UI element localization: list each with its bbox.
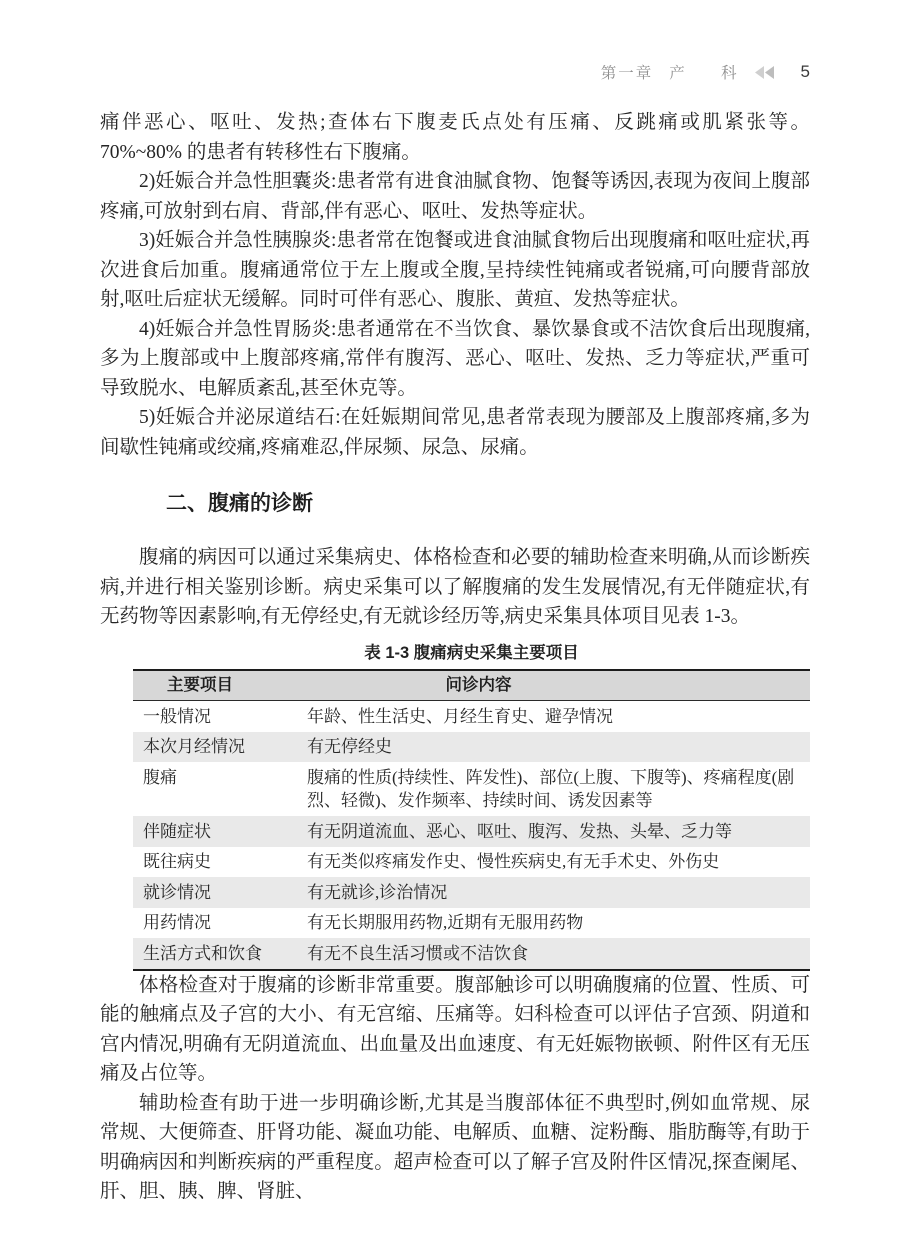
row-label: 生活方式和饮食 <box>133 938 307 970</box>
row-content: 腹痛的性质(持续性、阵发性)、部位(上腹、下腹等)、疼痛程度(剧烈、轻微)、发作… <box>307 762 810 816</box>
table-header-row: 主要项目 问诊内容 <box>133 670 810 701</box>
section-heading: 二、腹痛的诊断 <box>166 489 810 519</box>
column-header-content: 问诊内容 <box>307 670 810 701</box>
chapter-label: 第一章 <box>601 61 654 83</box>
page-number: 5 <box>801 62 810 82</box>
row-label: 用药情况 <box>133 908 307 939</box>
table-row: 既往病史 有无类似疼痛发作史、慢性疾病史,有无手术史、外伤史 <box>133 847 810 878</box>
paragraph: 3)妊娠合并急性胰腺炎:患者常在饱餐或进食油腻食物后出现腹痛和呕吐症状,再次进食… <box>100 226 810 315</box>
row-label: 伴随症状 <box>133 816 307 847</box>
table-block: 表 1-3 腹痛病史采集主要项目 主要项目 问诊内容 一般情况 年龄、性生活史、… <box>133 642 810 971</box>
table-row: 生活方式和饮食 有无不良生活习惯或不洁饮食 <box>133 938 810 970</box>
row-content: 有无不良生活习惯或不洁饮食 <box>307 938 810 970</box>
row-label: 一般情况 <box>133 701 307 732</box>
paragraph: 辅助检查有助于进一步明确诊断,尤其是当腹部体征不典型时,例如血常规、尿常规、大便… <box>100 1089 810 1207</box>
table-row: 一般情况 年龄、性生活史、月经生育史、避孕情况 <box>133 701 810 732</box>
table-caption: 表 1-3 腹痛病史采集主要项目 <box>133 642 810 664</box>
row-label: 本次月经情况 <box>133 732 307 763</box>
row-content: 年龄、性生活史、月经生育史、避孕情况 <box>307 701 810 732</box>
paragraph: 5)妊娠合并泌尿道结石:在妊娠期间常见,患者常表现为腰部及上腹部疼痛,多为间歇性… <box>100 403 810 462</box>
paragraph: 腹痛的病因可以通过采集病史、体格检查和必要的辅助检查来明确,从而诊断疾病,并进行… <box>100 543 810 632</box>
row-content: 有无就诊,诊治情况 <box>307 877 810 908</box>
row-content: 有无长期服用药物,近期有无服用药物 <box>307 908 810 939</box>
running-head: 第一章 产 科 5 <box>0 60 810 84</box>
book-page: 第一章 产 科 5 痛伴恶心、呕吐、发热;查体右下腹麦氏点处有压痛、反跳痛或肌紧… <box>0 0 900 1234</box>
paragraph: 体格检查对于腹痛的诊断非常重要。腹部触诊可以明确腹痛的位置、性质、可能的触痛点及… <box>100 971 810 1089</box>
row-label: 就诊情况 <box>133 877 307 908</box>
text-column: 痛伴恶心、呕吐、发热;查体右下腹麦氏点处有压痛、反跳痛或肌紧张等。70%~80%… <box>100 108 810 1207</box>
paragraph: 4)妊娠合并急性胃肠炎:患者通常在不当饮食、暴饮暴食或不洁饮食后出现腹痛,多为上… <box>100 315 810 404</box>
section-label: 产 科 <box>669 61 752 83</box>
table-row: 就诊情况 有无就诊,诊治情况 <box>133 877 810 908</box>
row-label: 腹痛 <box>133 762 307 816</box>
table-row: 腹痛 腹痛的性质(持续性、阵发性)、部位(上腹、下腹等)、疼痛程度(剧烈、轻微)… <box>133 762 810 816</box>
chapter-marker-icon <box>755 66 775 79</box>
paragraph: 2)妊娠合并急性胆囊炎:患者常有进食油腻食物、饱餐等诱因,表现为夜间上腹部疼痛,… <box>100 167 810 226</box>
paragraph: 痛伴恶心、呕吐、发热;查体右下腹麦氏点处有压痛、反跳痛或肌紧张等。70%~80%… <box>100 108 810 167</box>
row-content: 有无类似疼痛发作史、慢性疾病史,有无手术史、外伤史 <box>307 847 810 878</box>
table-row: 伴随症状 有无阴道流血、恶心、呕吐、腹泻、发热、头晕、乏力等 <box>133 816 810 847</box>
history-table: 主要项目 问诊内容 一般情况 年龄、性生活史、月经生育史、避孕情况 本次月经情况… <box>133 669 810 971</box>
table-row: 本次月经情况 有无停经史 <box>133 732 810 763</box>
row-content: 有无阴道流血、恶心、呕吐、腹泻、发热、头晕、乏力等 <box>307 816 810 847</box>
table-row: 用药情况 有无长期服用药物,近期有无服用药物 <box>133 908 810 939</box>
column-header-item: 主要项目 <box>133 670 307 701</box>
row-content: 有无停经史 <box>307 732 810 763</box>
row-label: 既往病史 <box>133 847 307 878</box>
